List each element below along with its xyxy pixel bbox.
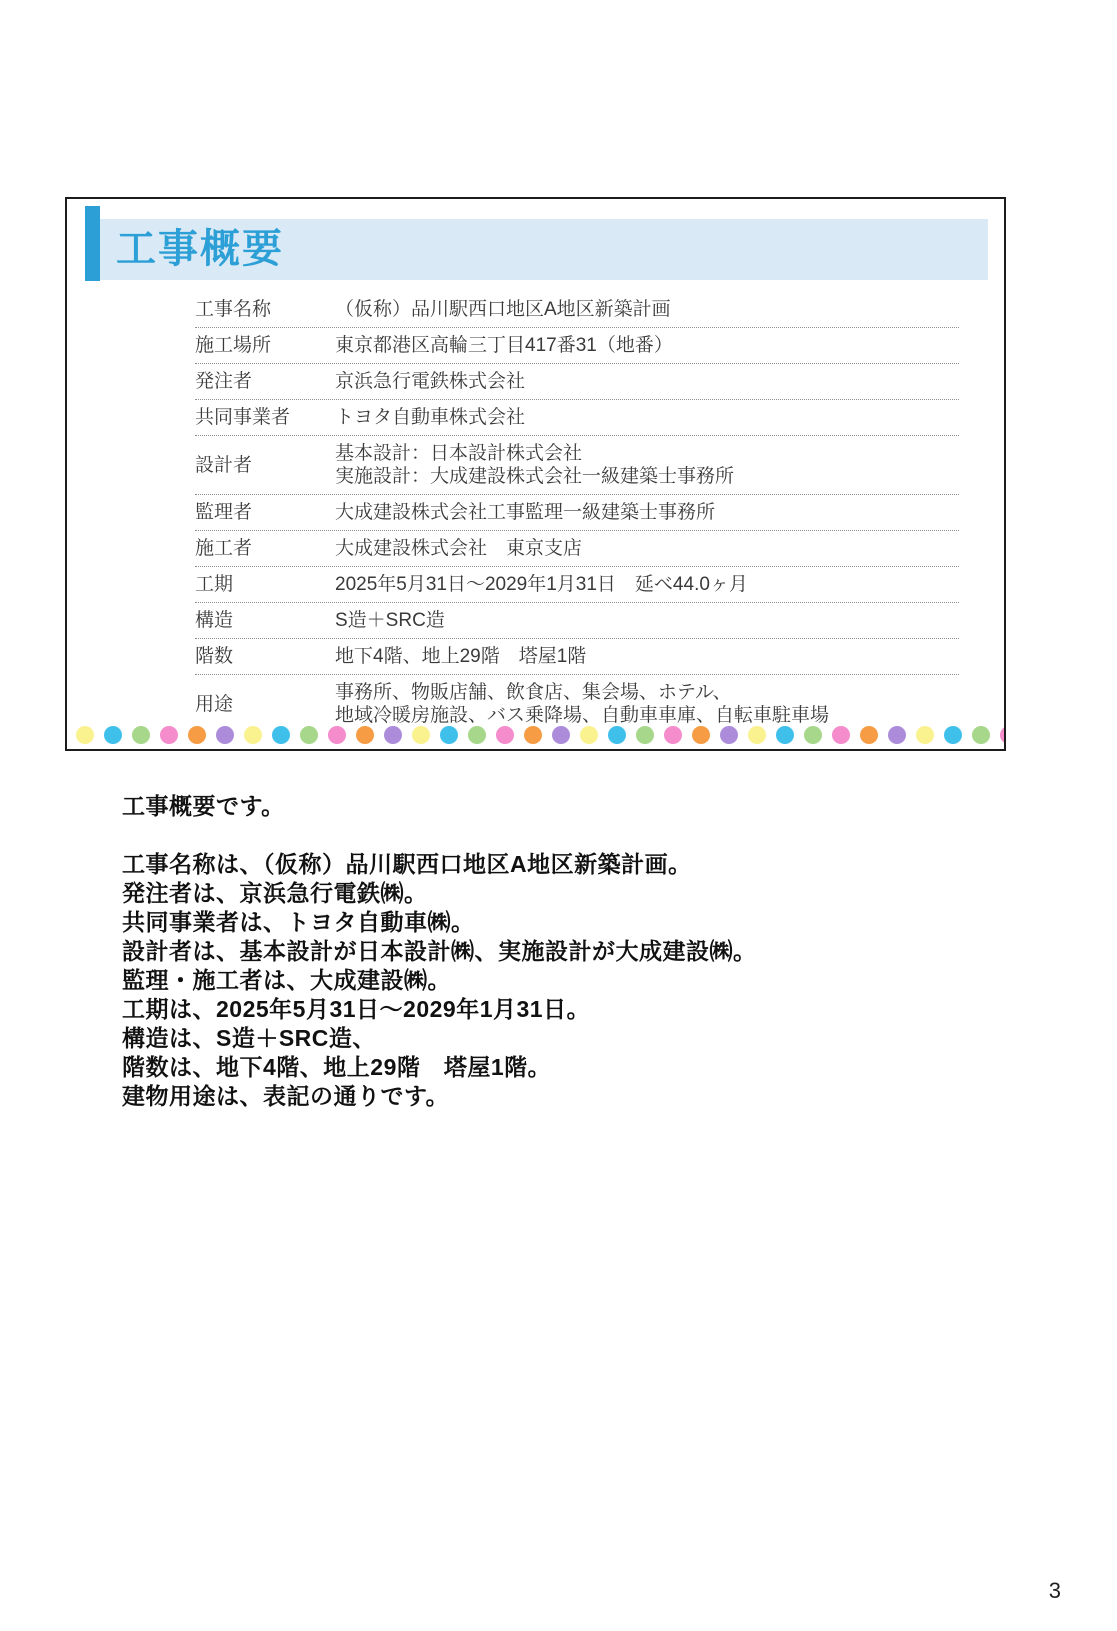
decorative-dot: [132, 726, 150, 744]
body-text: 工事概要です。工事名称は、（仮称）品川駅西口地区A地区新築計画。発注者は、京浜急…: [122, 792, 1022, 1111]
body-line: 建物用途は、表記の通りです。: [122, 1082, 1022, 1111]
body-line: 工期は、2025年5月31日～2029年1月31日。: [122, 995, 1022, 1024]
decorative-dot: [496, 726, 514, 744]
overview-box: 工事概要 工事名称（仮称）品川駅西口地区A地区新築計画施工場所東京都港区高輪三丁…: [65, 197, 1006, 751]
decorative-dot: [832, 726, 850, 744]
decorative-dot: [440, 726, 458, 744]
decorative-dot: [216, 726, 234, 744]
section-header: 工事概要: [85, 219, 988, 280]
decorative-dot: [468, 726, 486, 744]
row-label: 工期: [195, 573, 335, 596]
decorative-dot: [1000, 726, 1004, 744]
row-label: 設計者: [195, 454, 335, 477]
table-row: 施工場所東京都港区高輪三丁目417番31（地番）: [195, 328, 959, 364]
decorative-dot: [580, 726, 598, 744]
decorative-dot: [692, 726, 710, 744]
dots-row: [67, 726, 1004, 744]
body-line: 構造は、S造＋SRC造、: [122, 1024, 1022, 1053]
decorative-dot: [748, 726, 766, 744]
body-line: 共同事業者は、トヨタ自動車㈱。: [122, 908, 1022, 937]
row-value: 東京都港区高輪三丁目417番31（地番）: [335, 334, 959, 357]
body-line: 発注者は、京浜急行電鉄㈱。: [122, 879, 1022, 908]
table-row: 監理者大成建設株式会社工事監理一級建築士事務所: [195, 495, 959, 531]
row-label: 発注者: [195, 370, 335, 393]
row-label: 施工場所: [195, 334, 335, 357]
table-row: 用途事務所、物販店舗、飲食店、集会場、ホテル、 地域冷暖房施設、バス乗降場、自動…: [195, 675, 959, 733]
decorative-dot: [188, 726, 206, 744]
row-label: 用途: [195, 693, 335, 716]
row-value: 大成建設株式会社 東京支店: [335, 537, 959, 560]
decorative-dot: [244, 726, 262, 744]
row-label: 階数: [195, 645, 335, 668]
table-row: 発注者京浜急行電鉄株式会社: [195, 364, 959, 400]
page-number: 3: [1049, 1578, 1061, 1604]
row-value: 大成建設株式会社工事監理一級建築士事務所: [335, 501, 959, 524]
body-line: 工事名称は、（仮称）品川駅西口地区A地区新築計画。: [122, 850, 1022, 879]
row-value: 京浜急行電鉄株式会社: [335, 370, 959, 393]
table-row: 共同事業者トヨタ自動車株式会社: [195, 400, 959, 436]
decorative-dot: [104, 726, 122, 744]
decorative-dot: [412, 726, 430, 744]
body-line: 階数は、地下4階、地上29階 塔屋1階。: [122, 1053, 1022, 1082]
decorative-dot: [608, 726, 626, 744]
row-value: 事務所、物販店舗、飲食店、集会場、ホテル、 地域冷暖房施設、バス乗降場、自動車車…: [335, 681, 959, 727]
decorative-dot: [888, 726, 906, 744]
body-line: [122, 821, 1022, 850]
table-row: 工期2025年5月31日～2029年1月31日 延べ44.0ヶ月: [195, 567, 959, 603]
row-label: 構造: [195, 609, 335, 632]
decorative-dot: [636, 726, 654, 744]
decorative-dot: [300, 726, 318, 744]
row-label: 共同事業者: [195, 406, 335, 429]
row-label: 監理者: [195, 501, 335, 524]
decorative-dot: [384, 726, 402, 744]
row-value: （仮称）品川駅西口地区A地区新築計画: [335, 298, 959, 321]
body-line: 監理・施工者は、大成建設㈱。: [122, 966, 1022, 995]
row-label: 施工者: [195, 537, 335, 560]
row-value: S造＋SRC造: [335, 609, 959, 632]
decorative-dot: [972, 726, 990, 744]
decorative-dot: [916, 726, 934, 744]
table-row: 設計者基本設計：日本設計株式会社 実施設計：大成建設株式会社一級建築士事務所: [195, 436, 959, 495]
decorative-dot: [160, 726, 178, 744]
table-row: 工事名称（仮称）品川駅西口地区A地区新築計画: [195, 292, 959, 328]
body-line: 工事概要です。: [122, 792, 1022, 821]
decorative-dot: [776, 726, 794, 744]
table-row: 構造S造＋SRC造: [195, 603, 959, 639]
decorative-dot: [328, 726, 346, 744]
row-value: 基本設計：日本設計株式会社 実施設計：大成建設株式会社一級建築士事務所: [335, 442, 959, 488]
table-row: 施工者大成建設株式会社 東京支店: [195, 531, 959, 567]
decorative-dot: [272, 726, 290, 744]
decorative-dot: [720, 726, 738, 744]
decorative-dot: [664, 726, 682, 744]
row-value: 地下4階、地上29階 塔屋1階: [335, 645, 959, 668]
row-label: 工事名称: [195, 298, 335, 321]
overview-table: 工事名称（仮称）品川駅西口地区A地区新築計画施工場所東京都港区高輪三丁目417番…: [195, 292, 959, 733]
row-value: トヨタ自動車株式会社: [335, 406, 959, 429]
document-page: 工事概要 工事名称（仮称）品川駅西口地区A地区新築計画施工場所東京都港区高輪三丁…: [0, 0, 1117, 1631]
body-line: 設計者は、基本設計が日本設計㈱、実施設計が大成建設㈱。: [122, 937, 1022, 966]
decorative-dot: [804, 726, 822, 744]
section-title: 工事概要: [85, 219, 988, 280]
decorative-dot: [356, 726, 374, 744]
decorative-dot: [860, 726, 878, 744]
decorative-dot: [944, 726, 962, 744]
header-accent-bar: [85, 206, 100, 281]
table-row: 階数地下4階、地上29階 塔屋1階: [195, 639, 959, 675]
decorative-dot: [76, 726, 94, 744]
row-value: 2025年5月31日～2029年1月31日 延べ44.0ヶ月: [335, 573, 959, 596]
decorative-dot: [552, 726, 570, 744]
decorative-dot: [524, 726, 542, 744]
